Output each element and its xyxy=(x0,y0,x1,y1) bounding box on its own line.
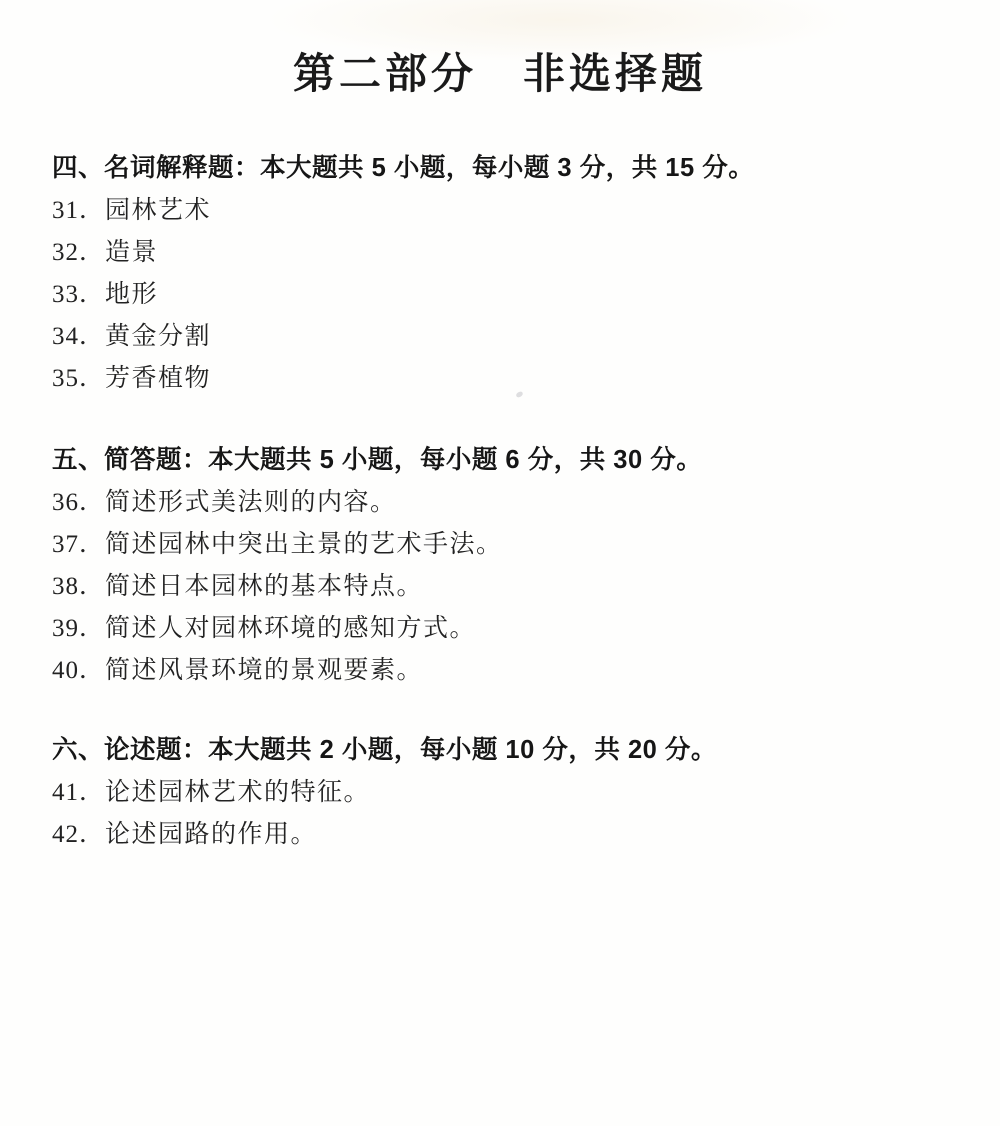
question-item: 35． 芳香植物 xyxy=(52,355,948,397)
question-text: 地形 xyxy=(105,274,158,310)
section-heading: 六、论述题：本大题共 2 小题，每小题 10 分，共 20 分。 xyxy=(52,727,948,769)
question-item: 37． 简述园林中突出主景的艺术手法。 xyxy=(52,521,948,563)
question-text: 简述日本园林的基本特点。 xyxy=(105,566,423,602)
question-item: 40． 简述风景环境的景观要素。 xyxy=(52,647,948,689)
question-text: 芳香植物 xyxy=(105,358,211,394)
question-number: 34． xyxy=(52,316,105,352)
question-item: 32． 造景 xyxy=(52,229,948,271)
question-text: 论述园路的作用。 xyxy=(105,814,317,850)
question-text: 简述风景环境的景观要素。 xyxy=(105,650,423,686)
question-item: 39． 简述人对园林环境的感知方式。 xyxy=(52,605,948,647)
question-item: 31． 园林艺术 xyxy=(52,187,948,229)
page-title: 第二部分 非选择题 xyxy=(52,50,948,97)
question-number: 42． xyxy=(52,814,105,850)
question-item: 34． 黄金分割 xyxy=(52,313,948,355)
question-number: 37． xyxy=(52,524,105,560)
question-text: 黄金分割 xyxy=(105,316,211,352)
question-item: 38． 简述日本园林的基本特点。 xyxy=(52,563,948,605)
question-text: 造景 xyxy=(105,232,158,268)
question-item: 41． 论述园林艺术的特征。 xyxy=(52,769,948,811)
question-number: 35． xyxy=(52,358,105,394)
question-number: 38． xyxy=(52,566,105,602)
question-number: 31． xyxy=(52,190,105,226)
question-item: 33． 地形 xyxy=(52,271,948,313)
question-number: 33． xyxy=(52,274,105,310)
section-short-answer: 五、简答题：本大题共 5 小题，每小题 6 分，共 30 分。 36． 简述形式… xyxy=(52,437,948,689)
question-text: 简述园林中突出主景的艺术手法。 xyxy=(105,524,503,560)
question-number: 41． xyxy=(52,772,105,808)
question-text: 简述形式美法则的内容。 xyxy=(105,482,397,518)
section-term-definitions: 四、名词解释题：本大题共 5 小题，每小题 3 分，共 15 分。 31． 园林… xyxy=(52,145,948,397)
question-number: 32． xyxy=(52,232,105,268)
section-essay: 六、论述题：本大题共 2 小题，每小题 10 分，共 20 分。 41． 论述园… xyxy=(52,727,948,853)
question-number: 40． xyxy=(52,650,105,686)
question-text: 园林艺术 xyxy=(105,190,211,226)
question-text: 简述人对园林环境的感知方式。 xyxy=(105,608,476,644)
question-item: 36． 简述形式美法则的内容。 xyxy=(52,479,948,521)
question-number: 36． xyxy=(52,482,105,518)
section-heading: 四、名词解释题：本大题共 5 小题，每小题 3 分，共 15 分。 xyxy=(52,145,948,187)
question-text: 论述园林艺术的特征。 xyxy=(105,772,370,808)
question-number: 39． xyxy=(52,608,105,644)
section-heading: 五、简答题：本大题共 5 小题，每小题 6 分，共 30 分。 xyxy=(52,437,948,479)
question-item: 42． 论述园路的作用。 xyxy=(52,811,948,853)
exam-page: 第二部分 非选择题 四、名词解释题：本大题共 5 小题，每小题 3 分，共 15… xyxy=(0,0,1000,1126)
